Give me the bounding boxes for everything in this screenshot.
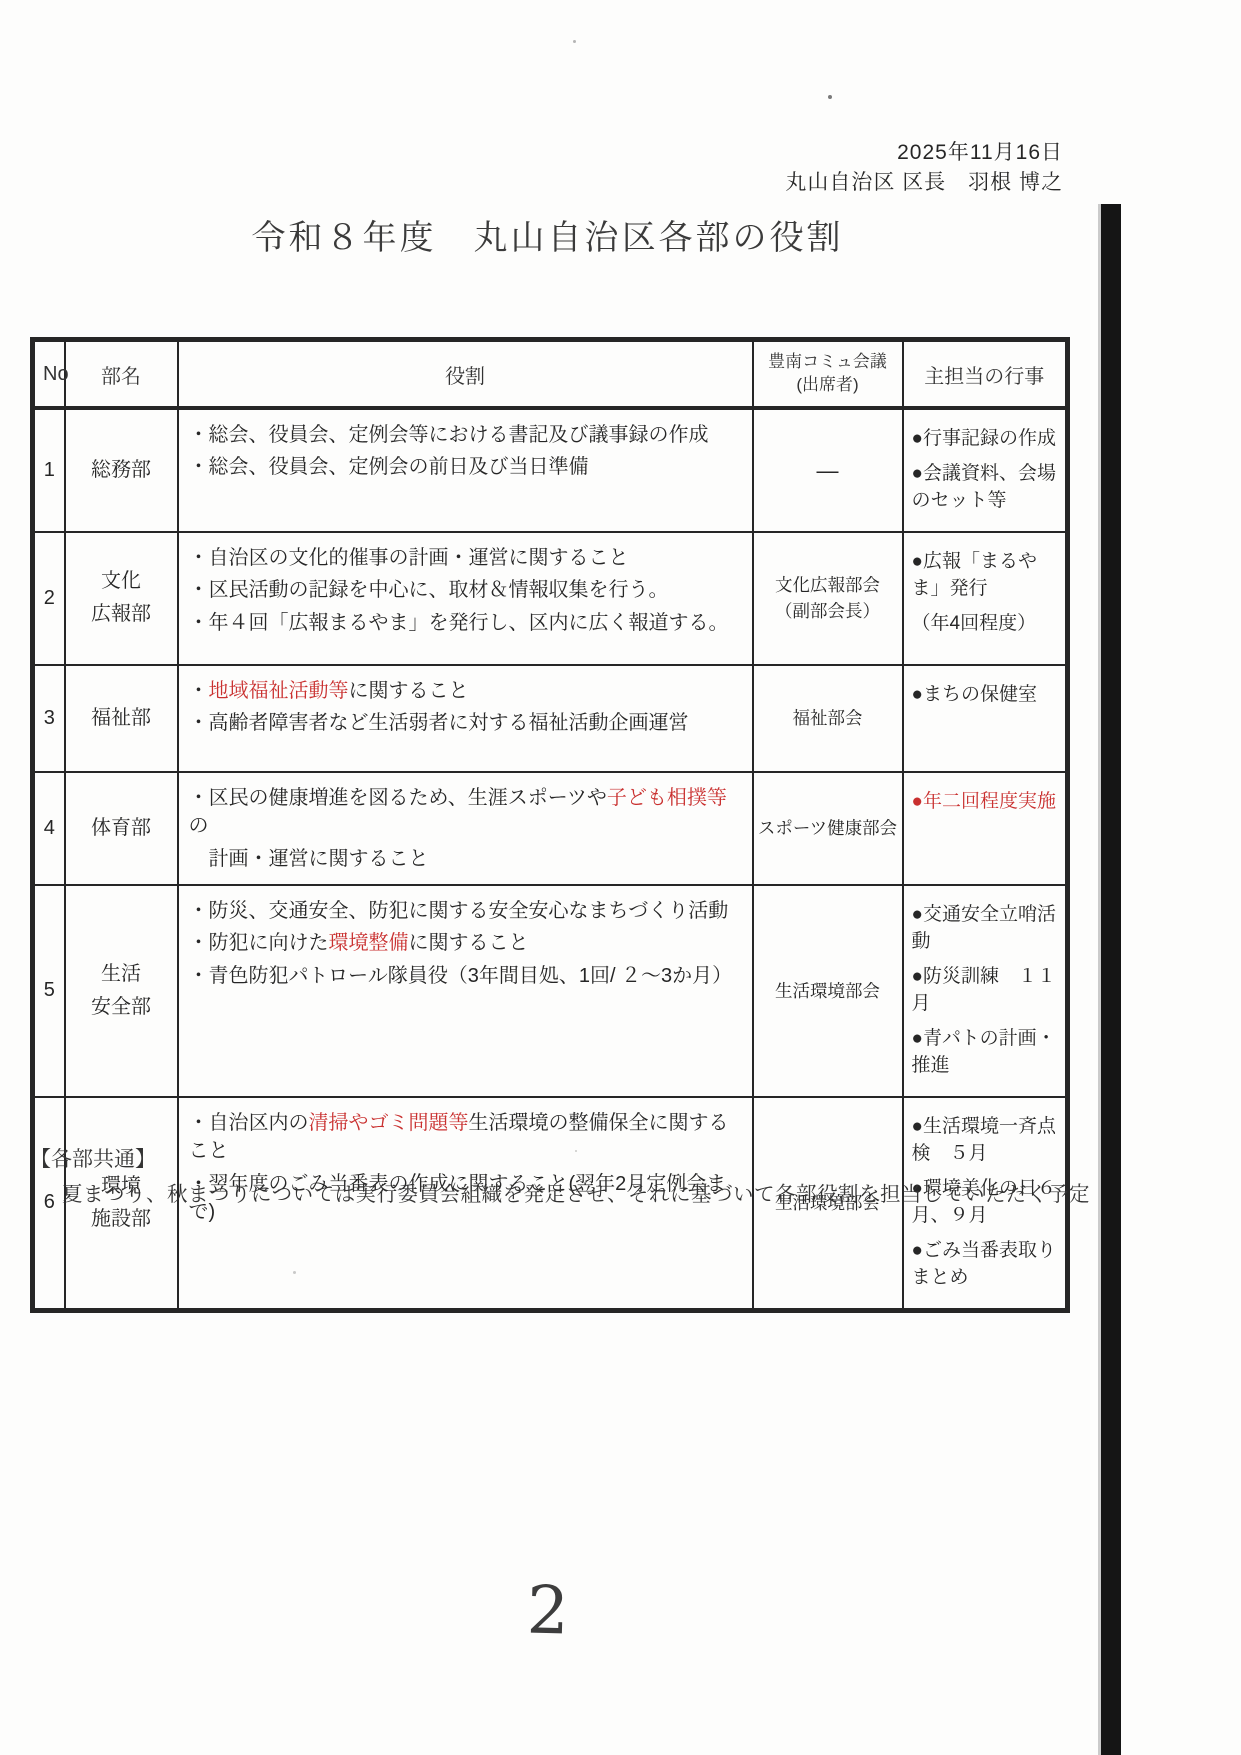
cell-line: ・年４回「広報まるやま」を発行し、区内に広く報道する。 (189, 609, 746, 637)
text-segment: に関すること (349, 680, 469, 702)
text-segment: ●防災訓練 １１月 (912, 966, 1056, 1014)
cell-line: 計画・運営に関すること (189, 845, 746, 873)
table-header: No 部名 役割 豊南コミュ会議 (出席者) 主担当の行事 (33, 340, 1068, 409)
text-segment: ・防災、交通安全、防犯に関する安全安心なまちづくり活動 (189, 900, 729, 922)
cell-line: ●広報「まるやま」発行 (912, 549, 1062, 603)
text-segment: ・自治区内の (189, 1112, 309, 1134)
council-line: 福祉部会 (756, 705, 900, 731)
cell-line: ・総会、役員会、定例会の前日及び当日準備 (189, 453, 746, 481)
scan-speck (575, 1150, 577, 1152)
cell-council: 文化広報部会（副部会長） (753, 532, 903, 665)
roles-table: No 部名 役割 豊南コミュ会議 (出席者) 主担当の行事 1総務部・総会、役員… (30, 337, 1070, 1313)
text-segment: ●青パトの計画・推進 (912, 1028, 1056, 1076)
text-segment: ・区民活動の記録を中心に、取材＆情報収集を行う。 (189, 579, 669, 601)
cell-line: ●青パトの計画・推進 (912, 1026, 1062, 1080)
cell-roles: ・区民の健康増進を図るため、生涯スポーツや子ども相撲等の 計画・運営に関すること (178, 772, 753, 885)
page-number: 2 (526, 1571, 570, 1649)
col-header-events: 主担当の行事 (903, 340, 1068, 409)
doc-date: 2025年11月16日 (785, 138, 1063, 168)
text-segment: の (189, 815, 209, 837)
council-line: スポーツ健康部会 (756, 815, 900, 841)
council-line: 生活環境部会 (756, 978, 900, 1004)
cell-events: ●交通安全立哨活動●防災訓練 １１月●青パトの計画・推進 (903, 885, 1068, 1097)
text-segment: ・総会、役員会、定例会等における書記及び議事録の作成 (189, 424, 709, 446)
cell-no: 5 (33, 885, 65, 1097)
council-line: ― (756, 454, 900, 487)
text-segment: ●交通安全立哨活動 (912, 904, 1056, 952)
table-row: 4体育部・区民の健康増進を図るため、生涯スポーツや子ども相撲等の 計画・運営に関… (33, 772, 1068, 885)
text-segment: ・自治区の文化的催事の計画・運営に関すること (189, 547, 629, 569)
table-row: 5生活安全部・防災、交通安全、防犯に関する安全安心なまちづくり活動・防犯に向けた… (33, 885, 1068, 1097)
highlighted-text: 子ども相撲等 (607, 787, 727, 809)
common-section-note: 夏まつり、秋まつりについては実行委員会組織を発足させ、それに基づいて各部役割を担… (62, 1177, 1090, 1207)
dept-line: 生活 (68, 958, 175, 991)
cell-events: ●広報「まるやま」発行（年4回程度） (903, 532, 1068, 665)
highlighted-text: ●年二回程度実施 (912, 791, 1056, 812)
cell-no: 6 (33, 1097, 65, 1310)
col-header-council-line2: (出席者) (762, 374, 894, 397)
scan-speck (293, 1271, 296, 1274)
text-segment: ●広報「まるやま」発行 (912, 551, 1037, 599)
common-section-heading: 【各部共通】 (30, 1143, 156, 1173)
text-segment: ・総会、役員会、定例会の前日及び当日準備 (189, 456, 589, 478)
dept-line: 総務部 (68, 454, 175, 487)
cell-dept: 生活安全部 (65, 885, 178, 1097)
cell-line: ・青色防犯パトロール隊員役（3年間目処、1回/ ２～3か月） (189, 962, 746, 990)
cell-line: ●会議資料、会場のセット等 (912, 461, 1062, 515)
text-segment: ●ごみ当番表取りまとめ (912, 1240, 1056, 1288)
col-header-council: 豊南コミュ会議 (出席者) (753, 340, 903, 409)
text-segment: （年4回程度） (912, 613, 1037, 634)
cell-roles: ・総会、役員会、定例会等における書記及び議事録の作成・総会、役員会、定例会の前日… (178, 408, 753, 532)
highlighted-text: 清掃やゴミ問題等 (309, 1112, 469, 1134)
cell-events: ●年二回程度実施 (903, 772, 1068, 885)
table-row: 2文化広報部・自治区の文化的催事の計画・運営に関すること・区民活動の記録を中心に… (33, 532, 1068, 665)
cell-roles: ・防災、交通安全、防犯に関する安全安心なまちづくり活動・防犯に向けた環境整備に関… (178, 885, 753, 1097)
cell-line: ●交通安全立哨活動 (912, 902, 1062, 956)
doc-header: 2025年11月16日 丸山自治区 区長 羽根 博之 (785, 138, 1063, 199)
cell-line: （年4回程度） (912, 611, 1062, 638)
text-segment: 計画・運営に関すること (189, 848, 429, 870)
dept-line: 広報部 (68, 598, 175, 631)
cell-line: ●行事記録の作成 (912, 426, 1062, 453)
text-segment: ●まちの保健室 (912, 684, 1037, 705)
cell-events: ●行事記録の作成●会議資料、会場のセット等 (903, 408, 1068, 532)
cell-dept: 福祉部 (65, 665, 178, 772)
scan-speck (828, 95, 832, 99)
cell-council: スポーツ健康部会 (753, 772, 903, 885)
cell-line: ●防災訓練 １１月 (912, 964, 1062, 1018)
col-header-role: 役割 (178, 340, 753, 409)
cell-line: ●年二回程度実施 (912, 789, 1062, 816)
highlighted-text: 地域福祉活動等 (209, 680, 349, 702)
cell-no: 2 (33, 532, 65, 665)
cell-line: ・自治区内の清掃やゴミ問題等生活環境の整備保全に関すること (189, 1109, 746, 1166)
dept-line: 体育部 (68, 812, 175, 845)
text-segment: ・青色防犯パトロール隊員役（3年間目処、1回/ ２～3か月） (189, 965, 733, 987)
text-segment: ・年４回「広報まるやま」を発行し、区内に広く報道する。 (189, 612, 729, 634)
cell-line: ・区民活動の記録を中心に、取材＆情報収集を行う。 (189, 576, 746, 604)
cell-line: ・自治区の文化的催事の計画・運営に関すること (189, 544, 746, 572)
council-line: （副部会長） (756, 598, 900, 624)
text-segment: ・区民の健康増進を図るため、生涯スポーツや (189, 787, 607, 809)
table-row: 1総務部・総会、役員会、定例会等における書記及び議事録の作成・総会、役員会、定例… (33, 408, 1068, 532)
table-row: 3福祉部・地域福祉活動等に関すること・高齢者障害者など生活弱者に対する福祉活動企… (33, 665, 1068, 772)
cell-line: ・地域福祉活動等に関すること (189, 677, 746, 705)
text-segment: に関すること (409, 932, 529, 954)
cell-council: ― (753, 408, 903, 532)
text-segment: ・ (189, 680, 209, 702)
cell-line: ●生活環境一斉点検 ５月 (912, 1114, 1062, 1168)
council-line: 文化広報部会 (756, 572, 900, 598)
cell-roles: ・自治区の文化的催事の計画・運営に関すること・区民活動の記録を中心に、取材＆情報… (178, 532, 753, 665)
doc-author: 丸山自治区 区長 羽根 博之 (785, 168, 1063, 198)
cell-no: 1 (33, 408, 65, 532)
cell-line: ●まちの保健室 (912, 682, 1062, 709)
text-segment: ●生活環境一斉点検 ５月 (912, 1116, 1056, 1164)
col-header-dept: 部名 (65, 340, 178, 409)
table-header-row: No 部名 役割 豊南コミュ会議 (出席者) 主担当の行事 (33, 340, 1068, 409)
dept-line: 施設部 (68, 1203, 175, 1236)
cell-events: ●まちの保健室 (903, 665, 1068, 772)
cell-line: ・防災、交通安全、防犯に関する安全安心なまちづくり活動 (189, 897, 746, 925)
cell-line: ●ごみ当番表取りまとめ (912, 1238, 1062, 1292)
cell-line: ・区民の健康増進を図るため、生涯スポーツや子ども相撲等の (189, 784, 746, 841)
highlighted-text: 環境整備 (329, 932, 409, 954)
cell-no: 3 (33, 665, 65, 772)
cell-line: ・防犯に向けた環境整備に関すること (189, 929, 746, 957)
dept-line: 安全部 (68, 991, 175, 1024)
scan-speck (573, 40, 576, 43)
cell-dept: 文化広報部 (65, 532, 178, 665)
cell-council: 生活環境部会 (753, 885, 903, 1097)
scan-edge-artifact (1101, 204, 1121, 1755)
text-segment: ●会議資料、会場のセット等 (912, 463, 1056, 511)
dept-line: 文化 (68, 565, 175, 598)
cell-line: ・高齢者障害者など生活弱者に対する福祉活動企画運営 (189, 709, 746, 737)
dept-line: 福祉部 (68, 702, 175, 735)
cell-roles: ・地域福祉活動等に関すること・高齢者障害者など生活弱者に対する福祉活動企画運営 (178, 665, 753, 772)
col-header-no: No (33, 340, 65, 409)
cell-no: 4 (33, 772, 65, 885)
col-header-council-line1: 豊南コミュ会議 (762, 351, 894, 374)
page-title: 令和８年度 丸山自治区各部の役割 (30, 210, 1065, 259)
cell-council: 福祉部会 (753, 665, 903, 772)
cell-dept: 体育部 (65, 772, 178, 885)
text-segment: ●行事記録の作成 (912, 428, 1056, 449)
text-segment: ・高齢者障害者など生活弱者に対する福祉活動企画運営 (189, 712, 689, 734)
cell-line: ・総会、役員会、定例会等における書記及び議事録の作成 (189, 421, 746, 449)
table-body: 1総務部・総会、役員会、定例会等における書記及び議事録の作成・総会、役員会、定例… (33, 408, 1068, 1310)
text-segment: ・防犯に向けた (189, 932, 329, 954)
cell-dept: 総務部 (65, 408, 178, 532)
document-page: 2025年11月16日 丸山自治区 区長 羽根 博之 令和８年度 丸山自治区各部… (0, 0, 1241, 1755)
